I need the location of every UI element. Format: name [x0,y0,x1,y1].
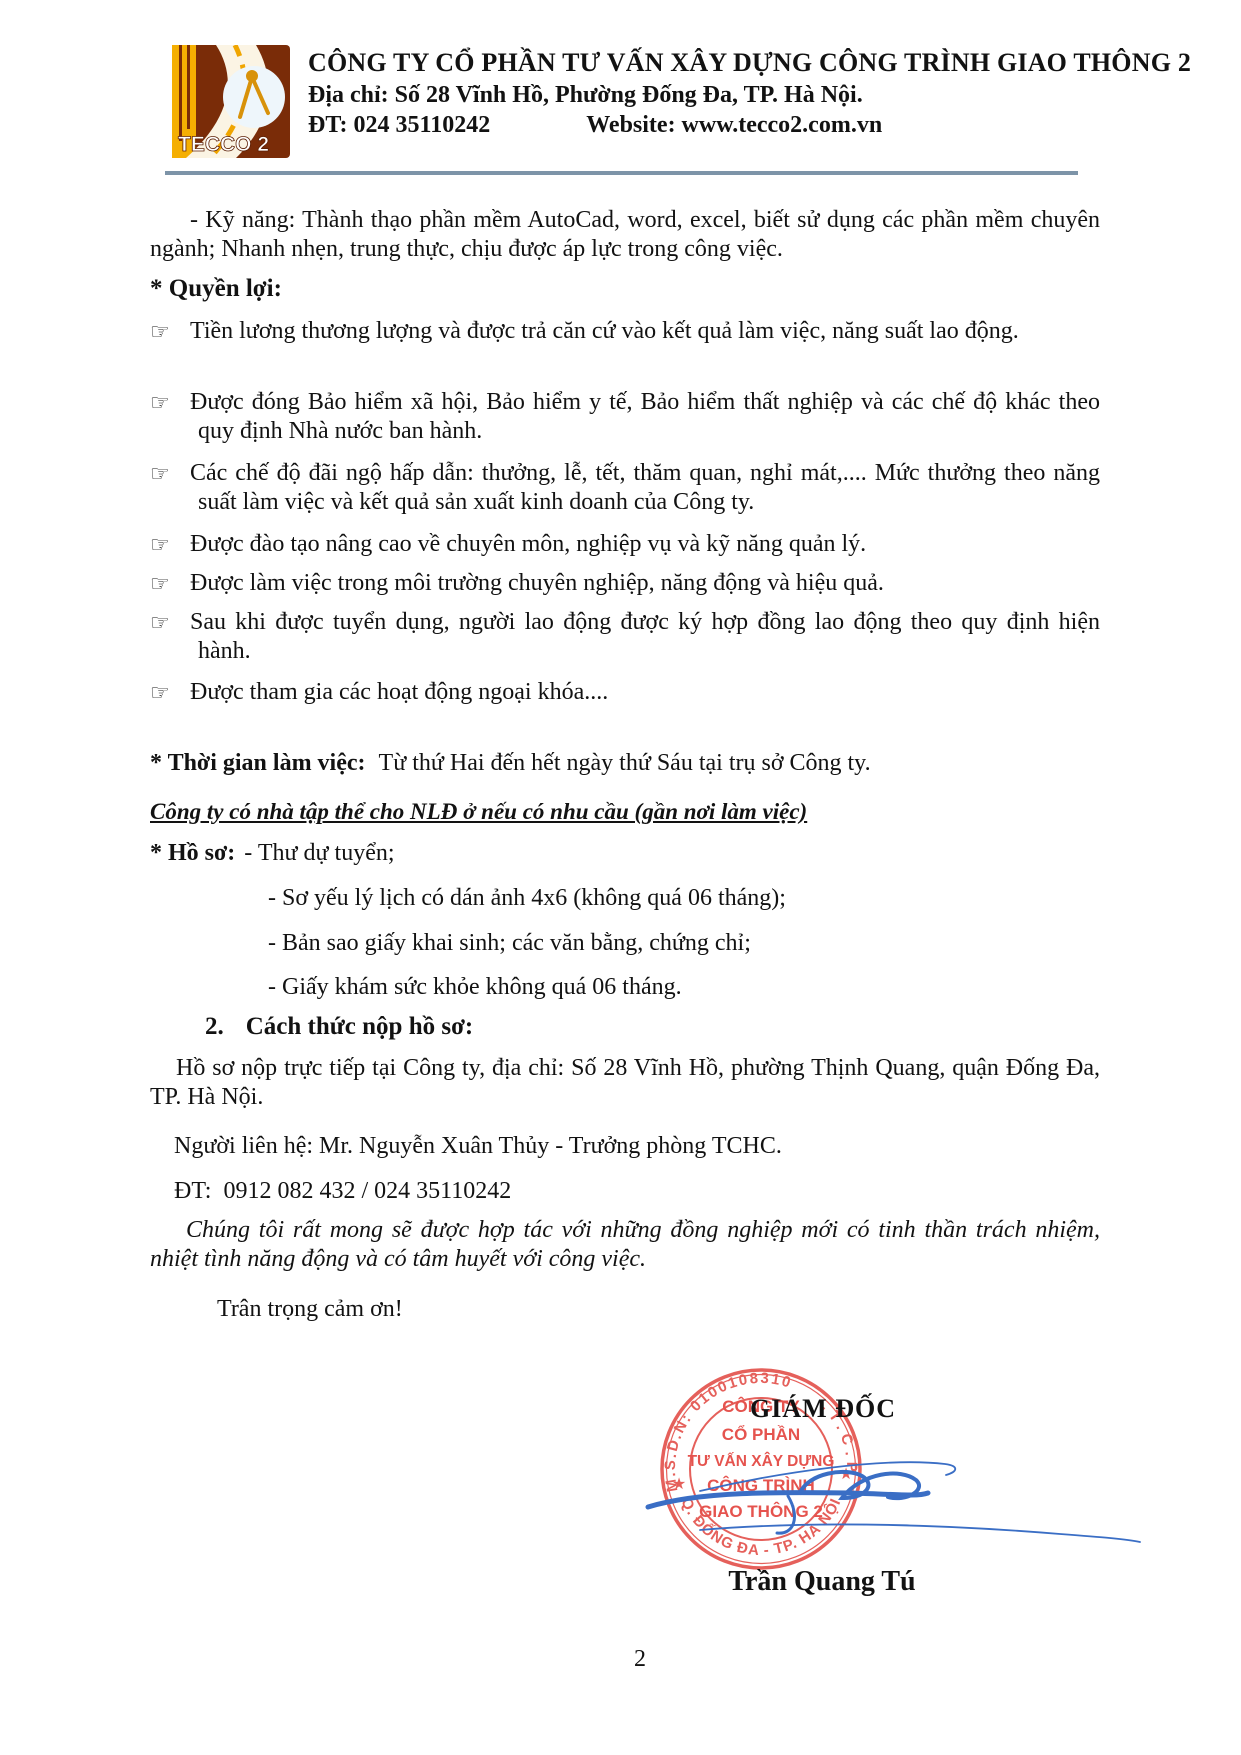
dossier-item: - Giấy khám sức khỏe không quá 06 tháng. [268,973,1098,1002]
svg-text:CỔ PHẦN: CỔ PHẦN [722,1425,800,1444]
company-contact-line: ĐT: 024 35110242Website: www.tecco2.com.… [308,112,882,139]
closing-paragraph: Chúng tôi rất mong sẽ được hợp tác với n… [150,1216,1100,1274]
pointing-hand-icon: ☞ [150,679,170,708]
benefit-item: ☞ Được tham gia các hoạt động ngoại khóa… [150,678,1100,707]
thanks-line: Trân trọng cảm ơn! [217,1295,1167,1324]
benefit-item: ☞ Sau khi được tuyển dụng, người lao độn… [150,608,1100,666]
svg-text:TƯ VẤN XÂY DỰNG: TƯ VẤN XÂY DỰNG [688,1452,835,1470]
company-name: CÔNG TY CỔ PHẦN TƯ VẤN XÂY DỰNG CÔNG TRÌ… [308,48,1191,78]
housing-note: Công ty có nhà tập thể cho NLĐ ở nếu có … [150,797,1100,826]
dossier-item: - Sơ yếu lý lịch có dán ảnh 4x6 (không q… [268,884,1098,913]
company-address: Địa chỉ: Số 28 Vĩnh Hồ, Phường Đống Đa, … [308,82,863,109]
pointing-hand-icon: ☞ [150,389,170,418]
benefit-item: ☞ Tiền lương thương lượng và được trả că… [150,317,1100,346]
contact-person: Người liên hệ: Mr. Nguyễn Xuân Thủy - Tr… [174,1132,1100,1161]
stamp-and-signature: M.S.D.N: 0100108310 .T.C.P Q. ĐỐNG ĐA - … [0,1340,1241,1660]
benefit-item: ☞ Được làm việc trong môi trường chuyên … [150,569,1100,598]
pointing-hand-icon: ☞ [150,609,170,638]
submission-paragraph: Hồ sơ nộp trực tiếp tại Công ty, địa chỉ… [150,1054,1100,1112]
dossier-item: - Bản sao giấy khai sinh; các văn bằng, … [268,929,1098,958]
svg-text:GIAO THÔNG 2: GIAO THÔNG 2 [699,1502,823,1521]
work-time-label: * Thời gian làm việc: [150,750,366,776]
signature-title: GIÁM ĐỐC [750,1394,896,1424]
benefits-heading: * Quyền lợi: [150,274,1100,303]
pointing-hand-icon: ☞ [150,460,170,489]
benefit-text: Được đào tạo nâng cao về chuyên môn, ngh… [190,531,866,557]
benefit-item: ☞ Các chế độ đãi ngộ hấp dẫn: thưởng, lễ… [150,459,1100,517]
benefit-item: ☞ Được đào tạo nâng cao về chuyên môn, n… [150,530,1100,559]
skills-paragraph: - Kỹ năng: Thành thạo phần mềm AutoCad, … [150,206,1100,264]
pointing-hand-icon: ☞ [150,531,170,560]
pointing-hand-icon: ☞ [150,318,170,347]
work-time-line: * Thời gian làm việc:Từ thứ Hai đến hết … [150,749,1100,778]
stamp-star-left: ★ [672,1476,686,1493]
benefit-text: Được tham gia các hoạt động ngoại khóa..… [190,679,608,705]
benefit-text: Được đóng Bảo hiểm xã hội, Bảo hiểm y tế… [190,389,1100,444]
company-website: Website: www.tecco2.com.vn [586,112,882,138]
dossier-label: * Hồ sơ: [150,840,235,866]
benefit-text: Sau khi được tuyển dụng, người lao động … [190,609,1100,664]
submission-heading: 2.Cách thức nộp hồ sơ: [205,1012,1155,1041]
benefit-item: ☞ Được đóng Bảo hiểm xã hội, Bảo hiểm y … [150,388,1100,446]
dossier-item: - Thư dự tuyển; [244,840,394,866]
company-phone: ĐT: 024 35110242 [308,112,490,138]
pointing-hand-icon: ☞ [150,570,170,599]
work-time-text: Từ thứ Hai đến hết ngày thứ Sáu tại trụ … [379,750,871,776]
benefit-text: Được làm việc trong môi trường chuyên ng… [190,570,884,596]
signer-name: Trần Quang Tú [728,1566,915,1598]
contact-phone: ĐT: 0912 082 432 / 024 35110242 [174,1177,1124,1206]
header-separator [165,171,1078,175]
document-page: TECCO 2 CÔNG TY CỔ PHẦN TƯ VẤN XÂY DỰNG … [0,0,1241,1755]
benefit-text: Tiền lương thương lượng và được trả căn … [190,318,1019,344]
benefit-text: Các chế độ đãi ngộ hấp dẫn: thưởng, lễ, … [190,460,1100,515]
tecco2-logo: TECCO 2 [172,45,290,158]
logo-text: TECCO 2 [178,133,269,156]
dossier-line: * Hồ sơ:- Thư dự tuyển; [150,839,1100,868]
submission-number: 2. [205,1013,224,1040]
